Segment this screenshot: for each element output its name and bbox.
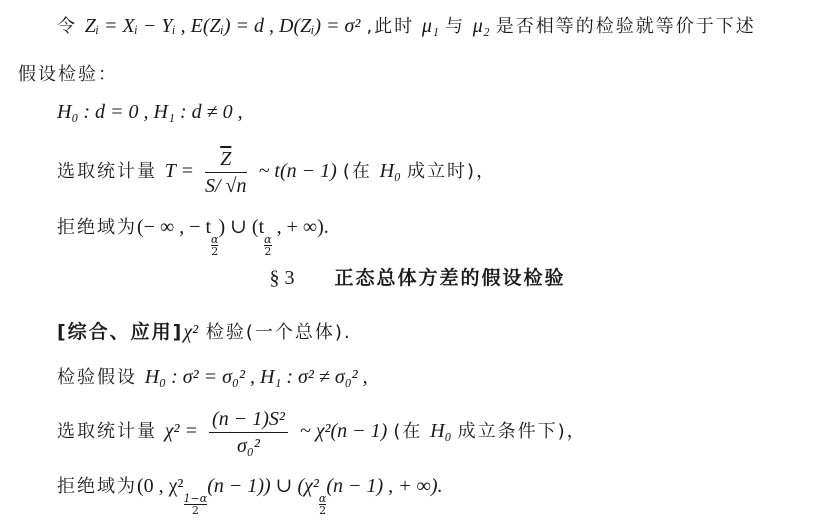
denominator: σ₀²	[209, 433, 288, 457]
symbol-h0: H₀	[380, 160, 401, 182]
paragraph-definition: 令 Zᵢ = Xᵢ − Yᵢ , E(Zᵢ) = d , D(Zᵢ) = σ² …	[57, 14, 756, 39]
rejection-region-t: 拒绝域为(− ∞ , − tα2) ∪ (tα2 , + ∞).	[57, 215, 329, 257]
hypothesis-d: H₀ : d = 0 , H₁ : d ≠ 0 ,	[57, 100, 243, 124]
rejection-region-chi: 拒绝域为(0 , χ²1−α2(n − 1)) ∪ (χ²α2(n − 1) ,…	[57, 474, 443, 516]
text: 成立条件下)，	[458, 421, 587, 442]
region-end: (n − 1) , + ∞).	[326, 475, 442, 497]
fraction: (n − 1)S² σ₀²	[209, 408, 288, 457]
union: (n − 1)) ∪ (χ²	[207, 475, 319, 497]
formula-lhs: T =	[165, 160, 199, 182]
label: 检验假设	[57, 367, 145, 388]
section-heading: § 3 正态总体方差的假设检验	[0, 266, 835, 290]
hypothesis-variance: 检验假设 H₀ : σ² = σ₀² , H₁ : σ² ≠ σ₀² ,	[57, 365, 368, 390]
section-number: § 3	[269, 267, 294, 289]
topic-line: [综合、应用]χ² 检验(一个总体).	[57, 320, 352, 345]
section-title: 正态总体方差的假设检验	[335, 267, 566, 289]
topic-tag: [综合、应用]	[57, 321, 183, 343]
region: (0 , χ²	[137, 475, 184, 497]
subscript-one-minus-alpha-half: 1−α2	[184, 493, 208, 516]
region-end: , + ∞).	[272, 216, 329, 238]
text: 与	[445, 16, 473, 37]
region: (− ∞ , − t	[137, 216, 211, 238]
text: 假设检验：	[18, 64, 118, 85]
formula-z-definition: Zᵢ = Xᵢ − Yᵢ , E(Zᵢ) = d , D(Zᵢ) = σ²	[85, 15, 361, 37]
fraction: Z S/ √n	[205, 148, 247, 197]
statistic-t: 选取统计量 T = Z S/ √n ~ t(n − 1) (在 H₀ 成立时)，	[57, 145, 496, 198]
distribution: ~ t(n − 1)	[259, 160, 337, 182]
text: 是否相等的检验就等价于下述	[496, 16, 756, 37]
symbol-chi-squared: χ²	[183, 321, 198, 343]
text: 成立时)，	[407, 161, 496, 182]
numerator: Z	[205, 148, 247, 173]
symbol-h0: H₀	[430, 420, 451, 442]
text: 令	[57, 16, 85, 37]
denominator: S/ √n	[205, 173, 247, 197]
label: 拒绝域为	[57, 217, 137, 238]
union: ) ∪ (t	[218, 216, 264, 238]
text: (在	[393, 421, 430, 442]
symbol-mu1: μ₁	[422, 15, 439, 37]
label: 拒绝域为	[57, 476, 137, 497]
formula-hypothesis: H₀ : d = 0 , H₁ : d ≠ 0 ,	[57, 101, 243, 123]
label: 选取统计量	[57, 161, 165, 182]
label: 选取统计量	[57, 421, 165, 442]
formula-hypothesis: H₀ : σ² = σ₀² , H₁ : σ² ≠ σ₀² ,	[145, 366, 368, 388]
text: (在	[343, 161, 380, 182]
distribution: ~ χ²(n − 1)	[300, 420, 387, 442]
subscript-alpha-half: α2	[264, 234, 271, 257]
symbol-mu2: μ₂	[473, 15, 490, 37]
statistic-chi: 选取统计量 χ² = (n − 1)S² σ₀² ~ χ²(n − 1) (在 …	[57, 405, 587, 458]
paragraph-continuation: 假设检验：	[18, 62, 118, 87]
text: 检验(一个总体).	[198, 322, 352, 343]
numerator: (n − 1)S²	[209, 408, 288, 433]
formula-lhs: χ² =	[165, 420, 203, 442]
text: ,此时	[366, 16, 421, 37]
